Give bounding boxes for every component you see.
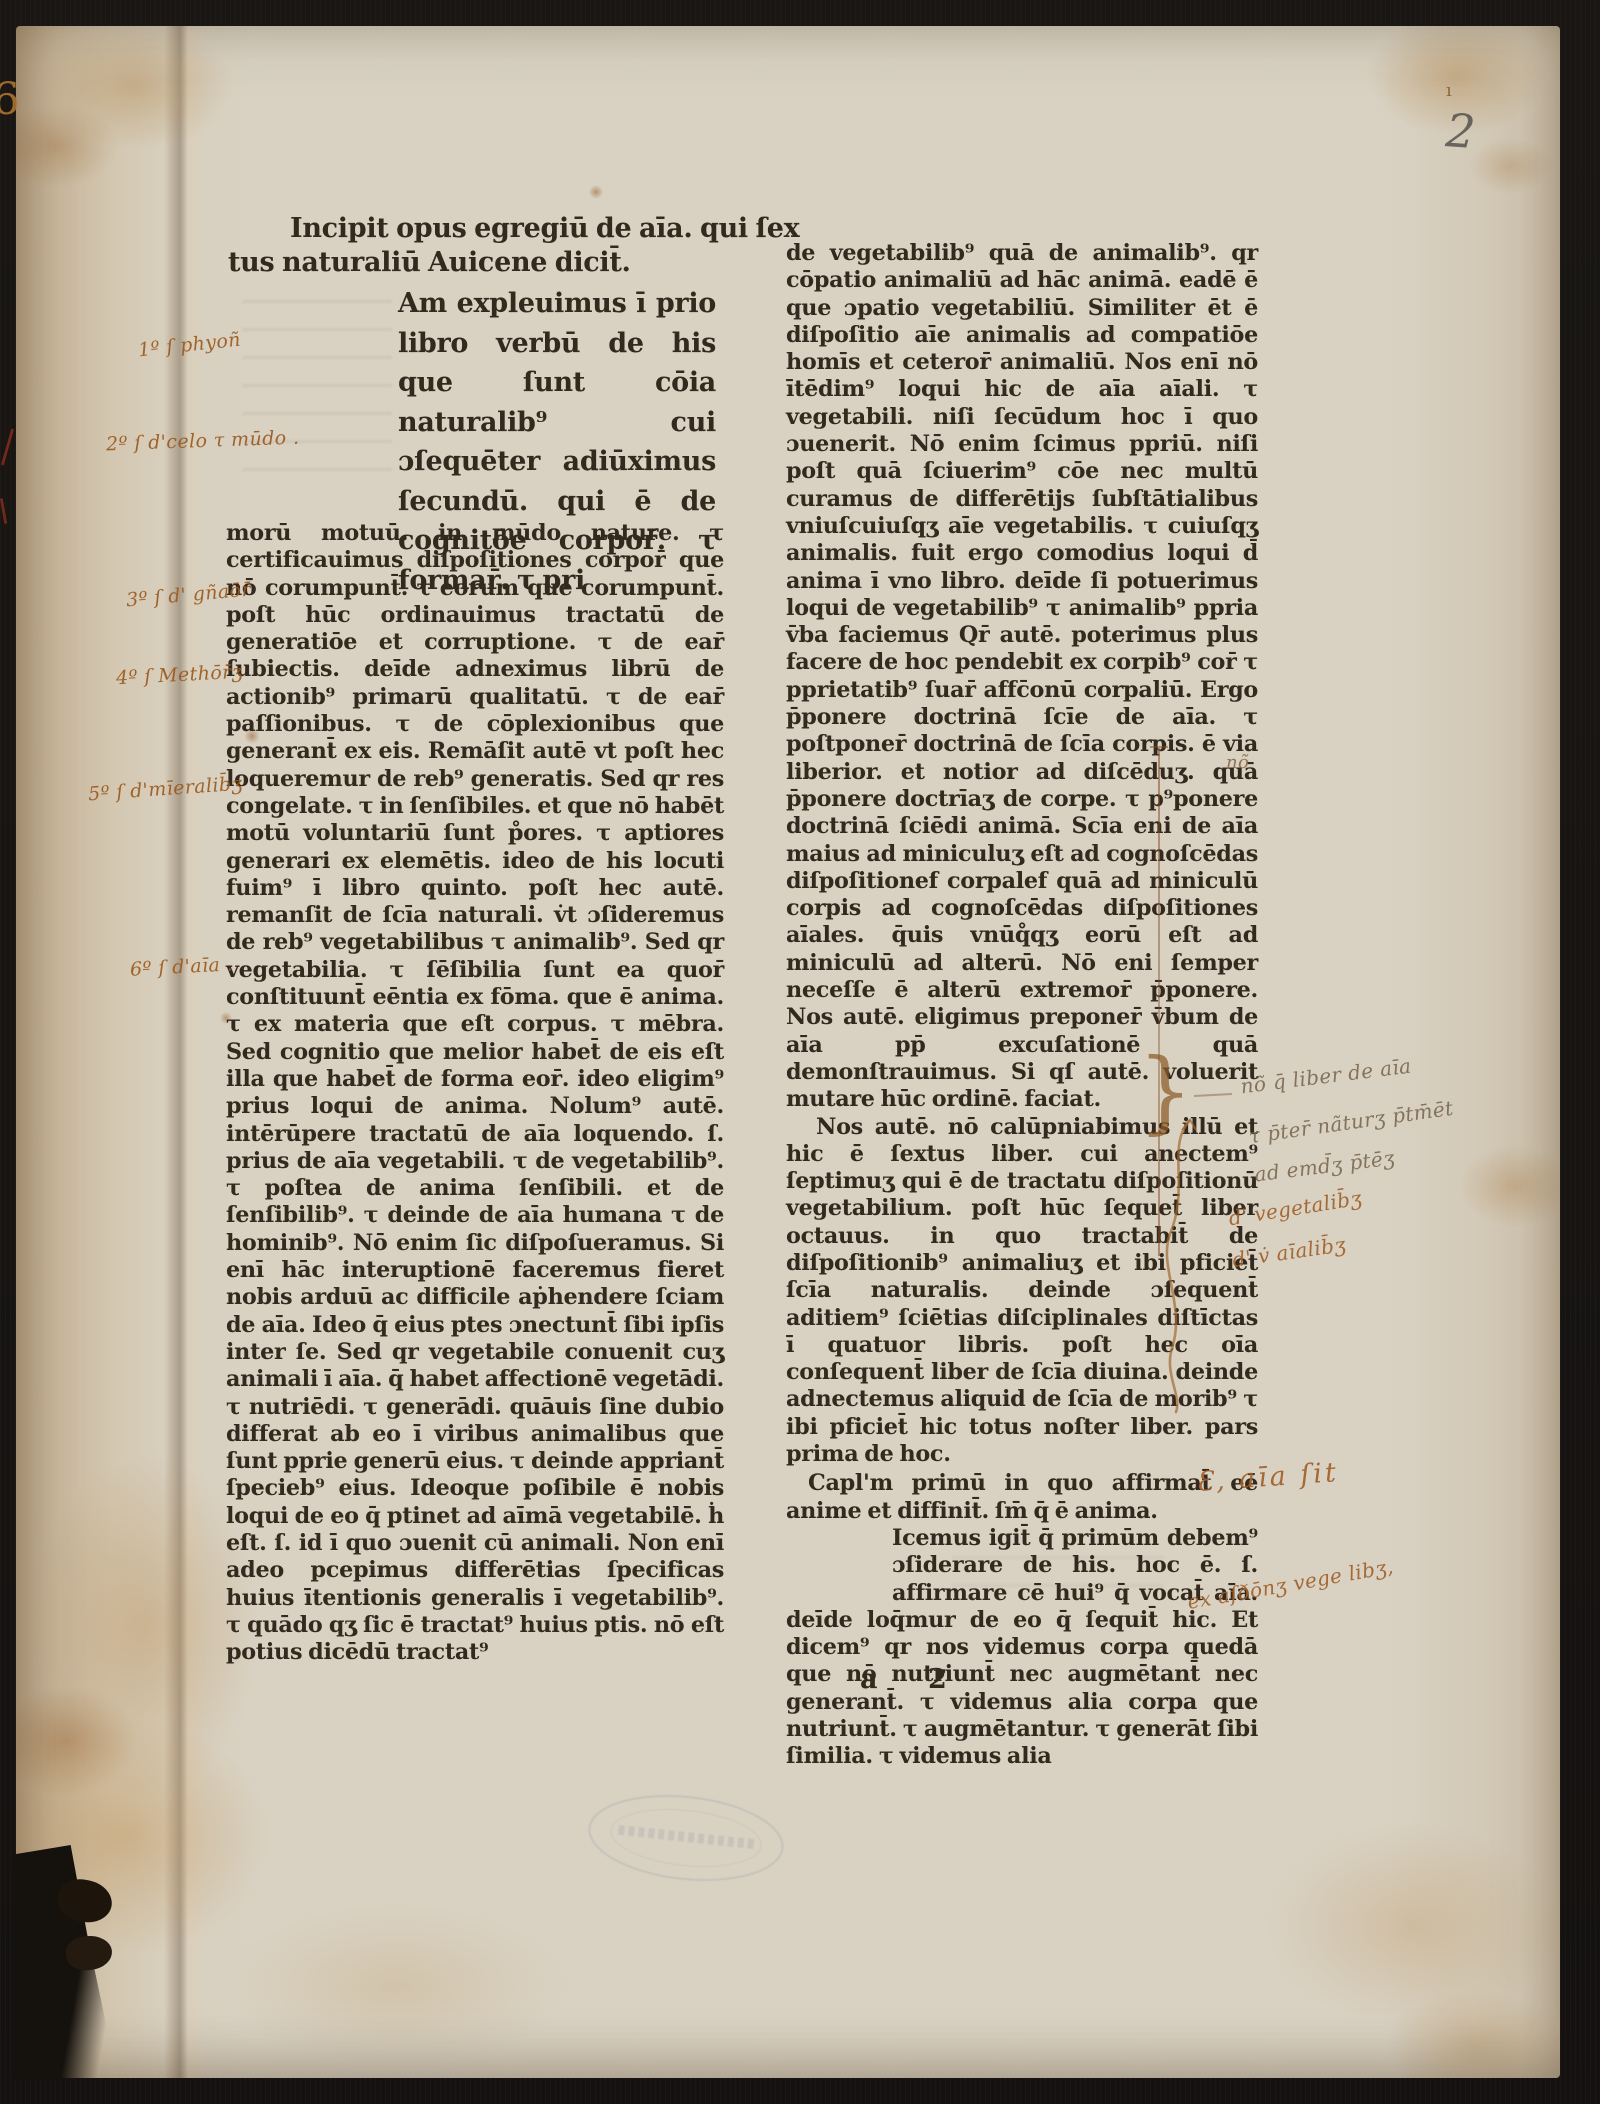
incipit-heading-line1: Incipit opus egregiū de aīa. qui ſex — [228, 212, 830, 246]
chapter-one-text: Icemus igit̄ q̄ primūm debem⁹ ɔſiderare … — [786, 1525, 1258, 1771]
incipit-heading-line2: tus naturaliū Auicene dicit̄. — [228, 246, 768, 280]
folio-number: 2 — [1444, 103, 1477, 159]
signature-mark-letter: a — [860, 1664, 878, 1695]
margin-note-nota: nõ — [1226, 752, 1249, 773]
edge-ink-stroke — [0, 498, 7, 524]
signature-mark-number: 2 — [928, 1664, 947, 1695]
right-column: de vegetabilib⁹ quā de animalib⁹. qr cōp… — [786, 240, 1258, 1771]
edge-ink-stroke — [1, 428, 14, 465]
edge-numeral: 6 — [0, 74, 20, 125]
left-column-body: morū motuū. in mūdo nature. τ certificau… — [226, 520, 724, 1666]
initial-blank-space — [786, 1525, 892, 1605]
chapter-one-rubric: Capl'm primū in quo affirmat̄ eē anime e… — [786, 1470, 1258, 1525]
folio-tick-mark: ı — [1446, 80, 1452, 101]
photograph-background: ı 2 6 Incipit opus egregiū de aīa. qui ſ… — [0, 0, 1600, 2104]
margin-flourish — [1156, 1116, 1216, 1416]
right-column-paragraph-1: de vegetabilib⁹ quā de animalib⁹. qr cōp… — [786, 240, 1258, 1114]
